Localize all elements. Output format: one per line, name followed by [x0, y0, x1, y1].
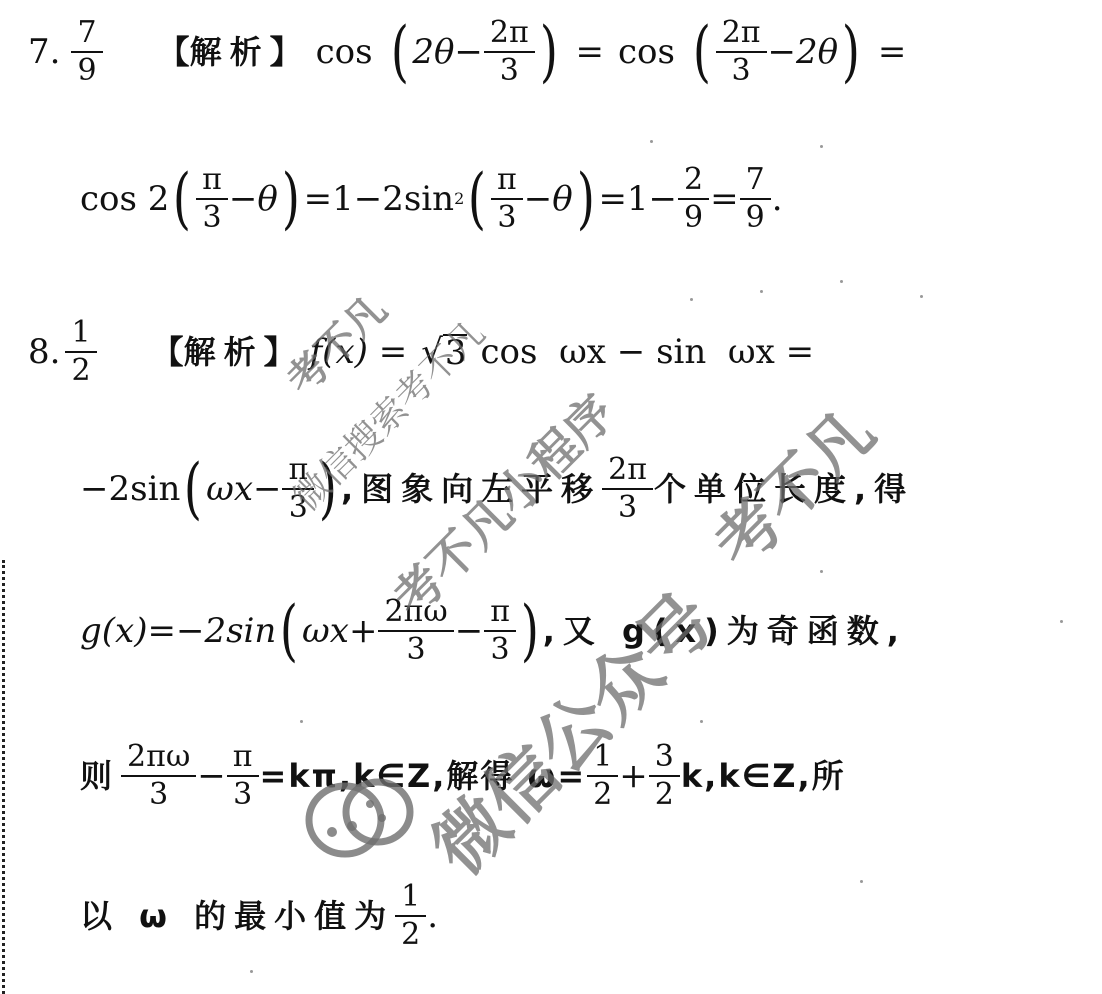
- scan-noise: [690, 298, 693, 301]
- scan-noise: [1060, 620, 1063, 623]
- problem7-line1: 7. 7 9 【 解析 】 cos ( 2θ− 2π 3 ) = cos ( 2…: [28, 18, 906, 86]
- analysis-label: 解析: [190, 36, 270, 68]
- scan-noise: [700, 720, 703, 723]
- scan-noise: [860, 880, 863, 883]
- problem7-line2: cos 2 ( π 3 −θ ) =1−2sin2 ( π 3 −θ ) =1−…: [80, 165, 783, 233]
- analysis-bracket-open: 【: [152, 336, 184, 368]
- scan-noise: [300, 720, 303, 723]
- scan-noise: [250, 970, 253, 973]
- scan-noise: [760, 290, 763, 293]
- dotted-margin-border: [2, 560, 5, 994]
- scanned-document-page: 7. 7 9 【 解析 】 cos ( 2θ− 2π 3 ) = cos ( 2…: [0, 0, 1102, 994]
- analysis-bracket-open: 【: [158, 36, 190, 68]
- scan-noise: [650, 140, 653, 143]
- problem8-line5: 以 ω 的最小值为 1 2 .: [80, 882, 438, 950]
- problem8-number: 8.: [28, 335, 60, 369]
- problem8-line1: 8. 1 2 【 解析 】 f(x) = √3 cos ωx − sin ωx …: [28, 318, 814, 386]
- analysis-bracket-close: 】: [270, 36, 302, 68]
- analysis-label: 解析: [184, 336, 264, 368]
- scan-noise: [820, 145, 823, 148]
- scan-noise: [820, 570, 823, 573]
- analysis-bracket-close: 】: [264, 336, 296, 368]
- problem8-answer: 1 2: [68, 318, 93, 386]
- problem8-line2: −2sin ( ωx− π 3 ) ,图象向左平移 2π 3 个单位长度,得: [80, 455, 914, 523]
- problem8-line4: 则 2πω 3 − π 3 =kπ,k∈Z,解得 ω= 1 2 + 3 2 k,…: [80, 742, 846, 810]
- problem8-line3: g(x)=−2sin ( ωx+ 2πω 3 − π 3 ) ,又 g(x)为奇…: [80, 597, 907, 665]
- problem7-number: 7.: [28, 35, 60, 69]
- problem7-answer: 7 9: [74, 18, 99, 86]
- scan-noise: [840, 280, 843, 283]
- scan-noise: [920, 295, 923, 298]
